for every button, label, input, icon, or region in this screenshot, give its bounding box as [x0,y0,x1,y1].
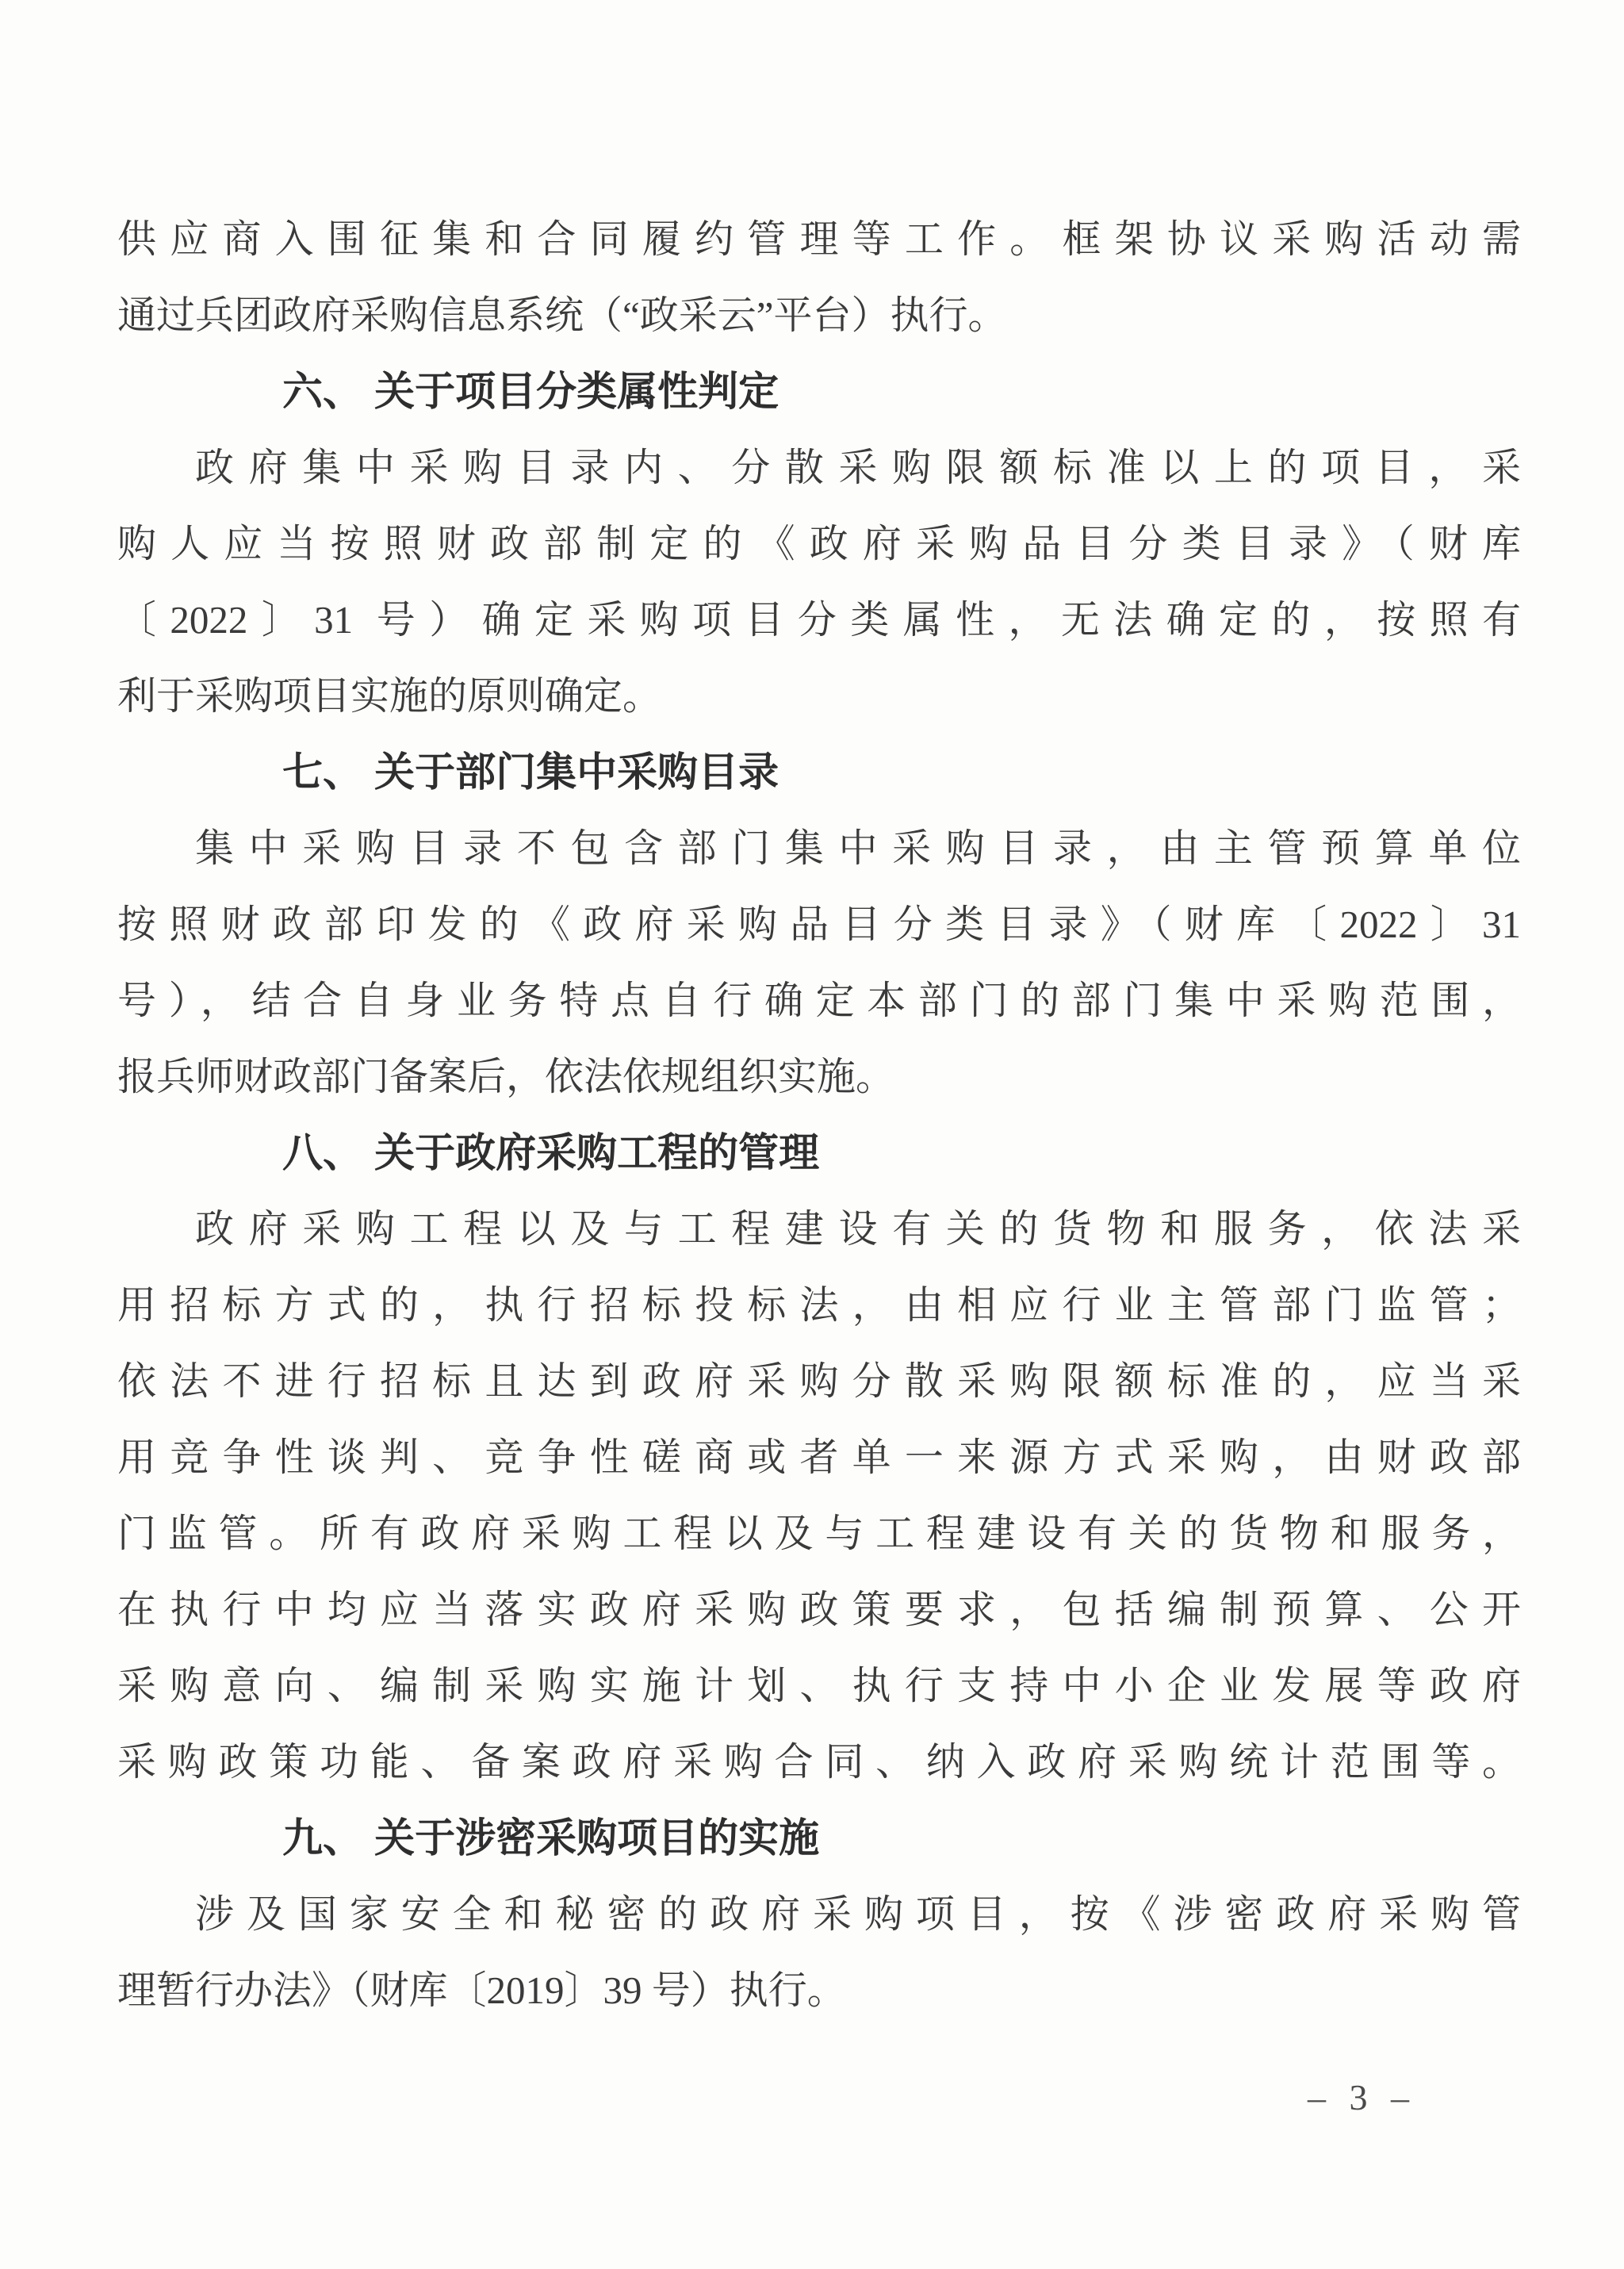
body-line: 采购意向、编制采购实施计划、执行支持中小企业发展等政府 [117,1648,1521,1724]
body-line: 采购政策功能、备案政府采购合同、纳入政府采购统计范围等。 [117,1724,1521,1800]
body-line: 〔2022〕31 号）确定采购项目分类属性，无法确定的，按照有 [117,582,1521,658]
page-number: – 3 – [1308,2076,1416,2118]
section-heading-7: 七、 关于部门集中采购目录 [117,734,1521,811]
body-line: 用招标方式的，执行招标投标法，由相应行业主管部门监管； [117,1267,1521,1343]
section-heading-9: 九、 关于涉密采购项目的实施 [117,1800,1521,1876]
body-line: 用竞争性谈判、竞争性磋商或者单一来源方式采购，由财政部 [117,1420,1521,1496]
body-line: 门监管。所有政府采购工程以及与工程建设有关的货物和服务， [117,1496,1521,1572]
body-line: 通过兵团政府采购信息系统（“政采云”平台）执行。 [117,278,1521,354]
body-line: 号），结合自身业务特点自行确定本部门的部门集中采购范围， [117,963,1521,1039]
body-line: 政府采购工程以及与工程建设有关的货物和服务，依法采 [117,1191,1521,1267]
section-heading-6: 六、 关于项目分类属性判定 [117,354,1521,430]
document-body: 供应商入围征集和合同履约管理等工作。框架协议采购活动需 通过兵团政府采购信息系统… [117,201,1521,2029]
body-line: 购人应当按照财政部制定的《政府采购品目分类目录》（财库 [117,506,1521,582]
body-line: 政府集中采购目录内、分散采购限额标准以上的项目，采 [117,430,1521,506]
body-line: 涉及国家安全和秘密的政府采购项目，按《涉密政府采购管 [117,1876,1521,1953]
body-line: 按照财政部印发的《政府采购品目分类目录》（财库〔2022〕31 [117,887,1521,963]
body-line: 报兵师财政部门备案后，依法依规组织实施。 [117,1039,1521,1115]
body-line: 利于采购项目实施的原则确定。 [117,658,1521,734]
section-heading-8: 八、 关于政府采购工程的管理 [117,1115,1521,1191]
body-line: 在执行中均应当落实政府采购政策要求，包括编制预算、公开 [117,1572,1521,1648]
body-line: 集中采购目录不包含部门集中采购目录，由主管预算单位 [117,811,1521,887]
body-line: 供应商入围征集和合同履约管理等工作。框架协议采购活动需 [117,201,1521,278]
document-page: 供应商入围征集和合同履约管理等工作。框架协议采购活动需 通过兵团政府采购信息系统… [0,0,1624,2269]
body-line: 依法不进行招标且达到政府采购分散采购限额标准的，应当采 [117,1343,1521,1420]
body-line: 理暂行办法》（财库〔2019〕39 号）执行。 [117,1953,1521,2029]
